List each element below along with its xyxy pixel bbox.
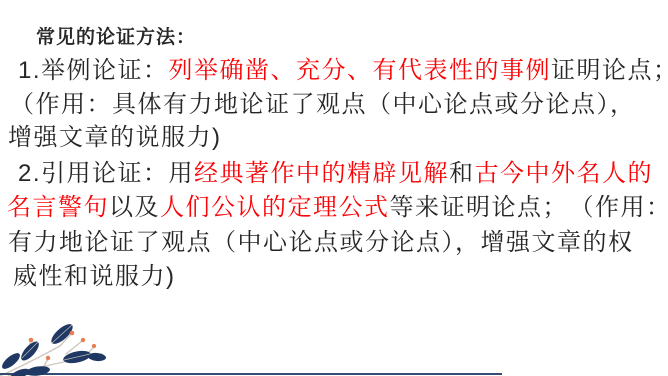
text-segment: 名言警句 — [7, 194, 109, 221]
bottom-accent-line — [0, 373, 502, 375]
text-line: 威性和说服力) — [13, 260, 176, 294]
text-segment: 等来证明论点； （作用： — [390, 194, 668, 221]
leaf-shapes — [0, 321, 106, 376]
text-line: 增强文章的说服力) — [8, 121, 222, 155]
text-segment: 经典著作中的精辟见解 — [194, 160, 449, 187]
text-segment: 列举确凿、充分、有代表性的事例 — [169, 57, 552, 84]
leaf-branch-ornament — [0, 314, 115, 376]
text-line: 名言警句以及人们公认的定理公式等来证明论点； （作用： — [7, 191, 668, 225]
text-segment: 古今中外名人的 — [475, 160, 654, 187]
text-segment: 2.引用论证：用 — [18, 160, 194, 187]
text-line: 有力地论证了观点（中心论点或分论点），增强文章的权 — [8, 226, 634, 260]
text-segment: 证明论点； — [551, 57, 668, 84]
text-segment: 1.举例论证： — [18, 57, 169, 84]
text-line: 2.引用论证：用经典著作中的精辟见解和古今中外名人的 — [18, 157, 653, 191]
text-line: （作用：具体有力地论证了观点（中心论点或分论点）， — [10, 88, 636, 122]
text-segment: 有力地论证了观点（中心论点或分论点），增强文章的权 — [8, 229, 634, 256]
slide-canvas: 常见的论证方法： 1.举例论证：列举确凿、充分、有代表性的事例证明论点；（作用：… — [0, 0, 668, 376]
text-segment: 人们公认的定理公式 — [160, 194, 390, 221]
slide-title: 常见的论证方法： — [36, 22, 196, 49]
text-segment: 增强文章的说服力) — [8, 124, 222, 151]
text-segment: （作用：具体有力地论证了观点（中心论点或分论点）， — [10, 91, 636, 118]
text-segment: 和 — [449, 160, 475, 187]
text-segment: 以及 — [109, 194, 160, 221]
text-line: 1.举例论证：列举确凿、充分、有代表性的事例证明论点； — [18, 54, 668, 88]
text-segment: 威性和说服力) — [13, 263, 176, 290]
